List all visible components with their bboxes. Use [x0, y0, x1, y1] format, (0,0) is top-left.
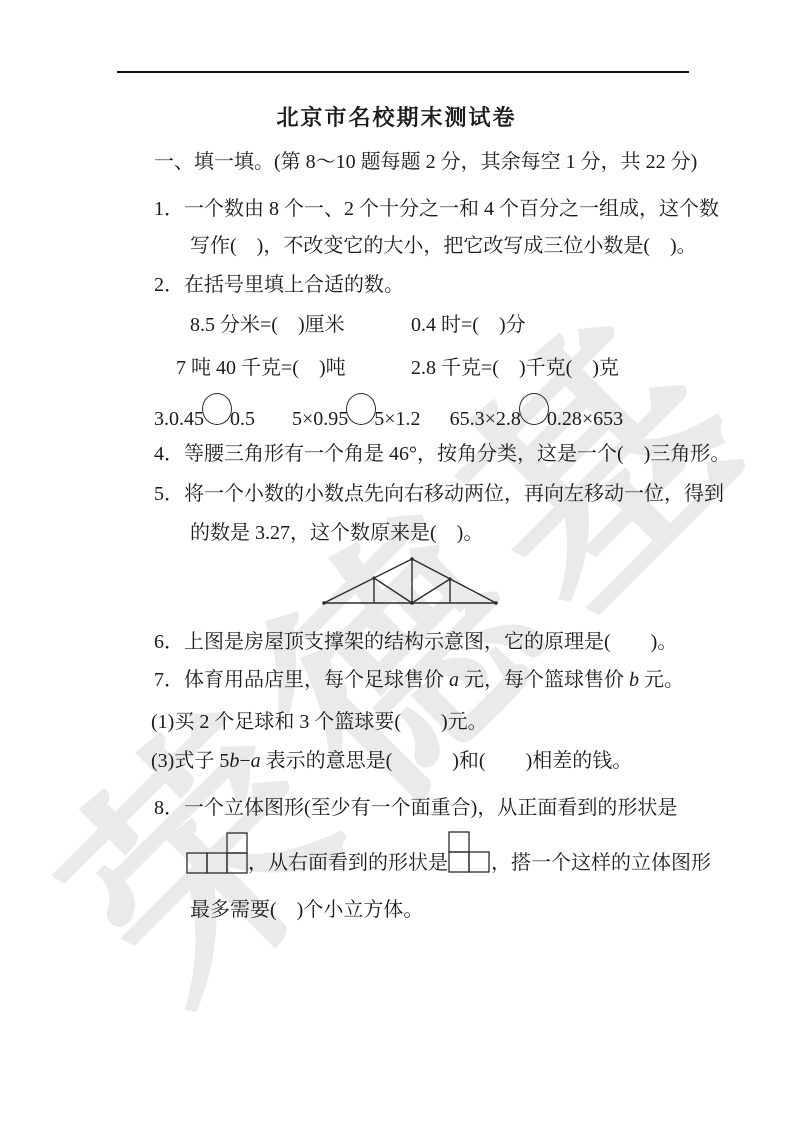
- sub3-text-pre: (3)式子 5: [151, 750, 229, 772]
- question-7-text-post: 元。: [639, 669, 684, 691]
- question-5-line-1: 5．将一个小数的小数点先向右移动两位，再向左移动一位，得到: [154, 481, 724, 507]
- question-4: 4．等腰三角形有一个角是 46°，按角分类，这是一个( )三角形。: [154, 441, 730, 467]
- question-7-text-pre: 7．体育用品店里，每个足球售价: [154, 669, 449, 691]
- comparison-circle-2: [346, 393, 376, 425]
- page-title: 北京市名校期末测试卷: [0, 101, 793, 132]
- compare-group-3: 65.3×2.80.28×653: [450, 393, 624, 432]
- question-8-text-mid-2: ，搭一个这样的立体图形: [491, 852, 711, 874]
- question-7-sub-3: (3)式子 5b−a 表示的意思是( )和( )相差的钱。: [151, 748, 632, 774]
- compare-right-1: 0.5: [230, 408, 255, 430]
- variable-a-2: a: [251, 750, 261, 772]
- front-view-figure: [186, 832, 248, 874]
- question-1-line-1: 1．一个数由 8 个一、2 个十分之一和 4 个百分之一组成，这个数: [154, 196, 719, 222]
- section-1-heading: 一、填一填。(第 8～10 题每题 2 分，其余每空 1 分，共 22 分): [154, 149, 697, 175]
- roof-truss-figure: [320, 552, 500, 608]
- question-3-compare-row: 3.0.450.5 5×0.955×1.2 65.3×2.80.28×653: [154, 393, 623, 432]
- question-8-shape-row: ，从右面看到的形状是，搭一个这样的立体图形: [186, 831, 711, 876]
- compare-left-2: 5×0.95: [292, 408, 348, 430]
- question-8-text-mid-1: ，从右面看到的形状是: [248, 852, 448, 874]
- minus-sign: −: [239, 750, 250, 772]
- question-7-stem: 7．体育用品店里，每个足球售价 a 元，每个篮球售价 b 元。: [154, 667, 684, 693]
- question-2-conversion-2: 0.4 时=( )分: [411, 312, 526, 338]
- compare-right-2: 5×1.2: [374, 408, 420, 430]
- top-rule: [117, 71, 689, 73]
- variable-b: b: [629, 669, 639, 691]
- comparison-circle-1: [202, 393, 232, 425]
- compare-left-1: 0.45: [169, 408, 204, 430]
- side-view-figure: [448, 831, 491, 874]
- question-8-line-1: 8．一个立体图形(至少有一个面重合)，从正面看到的形状是: [154, 795, 677, 821]
- question-8-line-3: 最多需要( )个小立方体。: [190, 897, 423, 923]
- question-7-sub-1: (1)买 2 个足球和 3 个篮球要( )元。: [151, 709, 488, 735]
- compare-right-3: 0.28×653: [547, 408, 623, 430]
- question-2-conversion-1: 8.5 分米=( )厘米: [190, 312, 345, 338]
- exam-paper-page: 荣德基 北京市名校期末测试卷 一、填一填。(第 8～10 题每题 2 分，其余每…: [0, 0, 793, 1122]
- question-2-stem: 2．在括号里填上合适的数。: [154, 272, 404, 298]
- question-2-conversion-3: 7 吨 40 千克=( )吨: [176, 355, 346, 381]
- variable-b-2: b: [229, 750, 239, 772]
- variable-a: a: [449, 669, 459, 691]
- compare-group-1: 3.0.450.5: [154, 393, 255, 432]
- question-2-conversion-4: 2.8 千克=( )千克( )克: [411, 355, 619, 381]
- question-5-line-2: 的数是 3.27，这个数原来是( )。: [190, 520, 483, 546]
- sub3-text-post: 表示的意思是( )和( )相差的钱。: [261, 750, 633, 772]
- comparison-circle-3: [519, 393, 549, 425]
- question-6: 6．上图是房屋顶支撑架的结构示意图，它的原理是( )。: [154, 629, 677, 655]
- compare-left-3: 65.3×2.8: [450, 408, 521, 430]
- question-1-line-2: 写作( )，不改变它的大小，把它改写成三位小数是( )。: [190, 233, 697, 259]
- question-7-text-mid: 元，每个篮球售价: [459, 669, 629, 691]
- compare-group-2: 5×0.955×1.2: [292, 393, 421, 432]
- question-3-number: 3.: [154, 408, 169, 430]
